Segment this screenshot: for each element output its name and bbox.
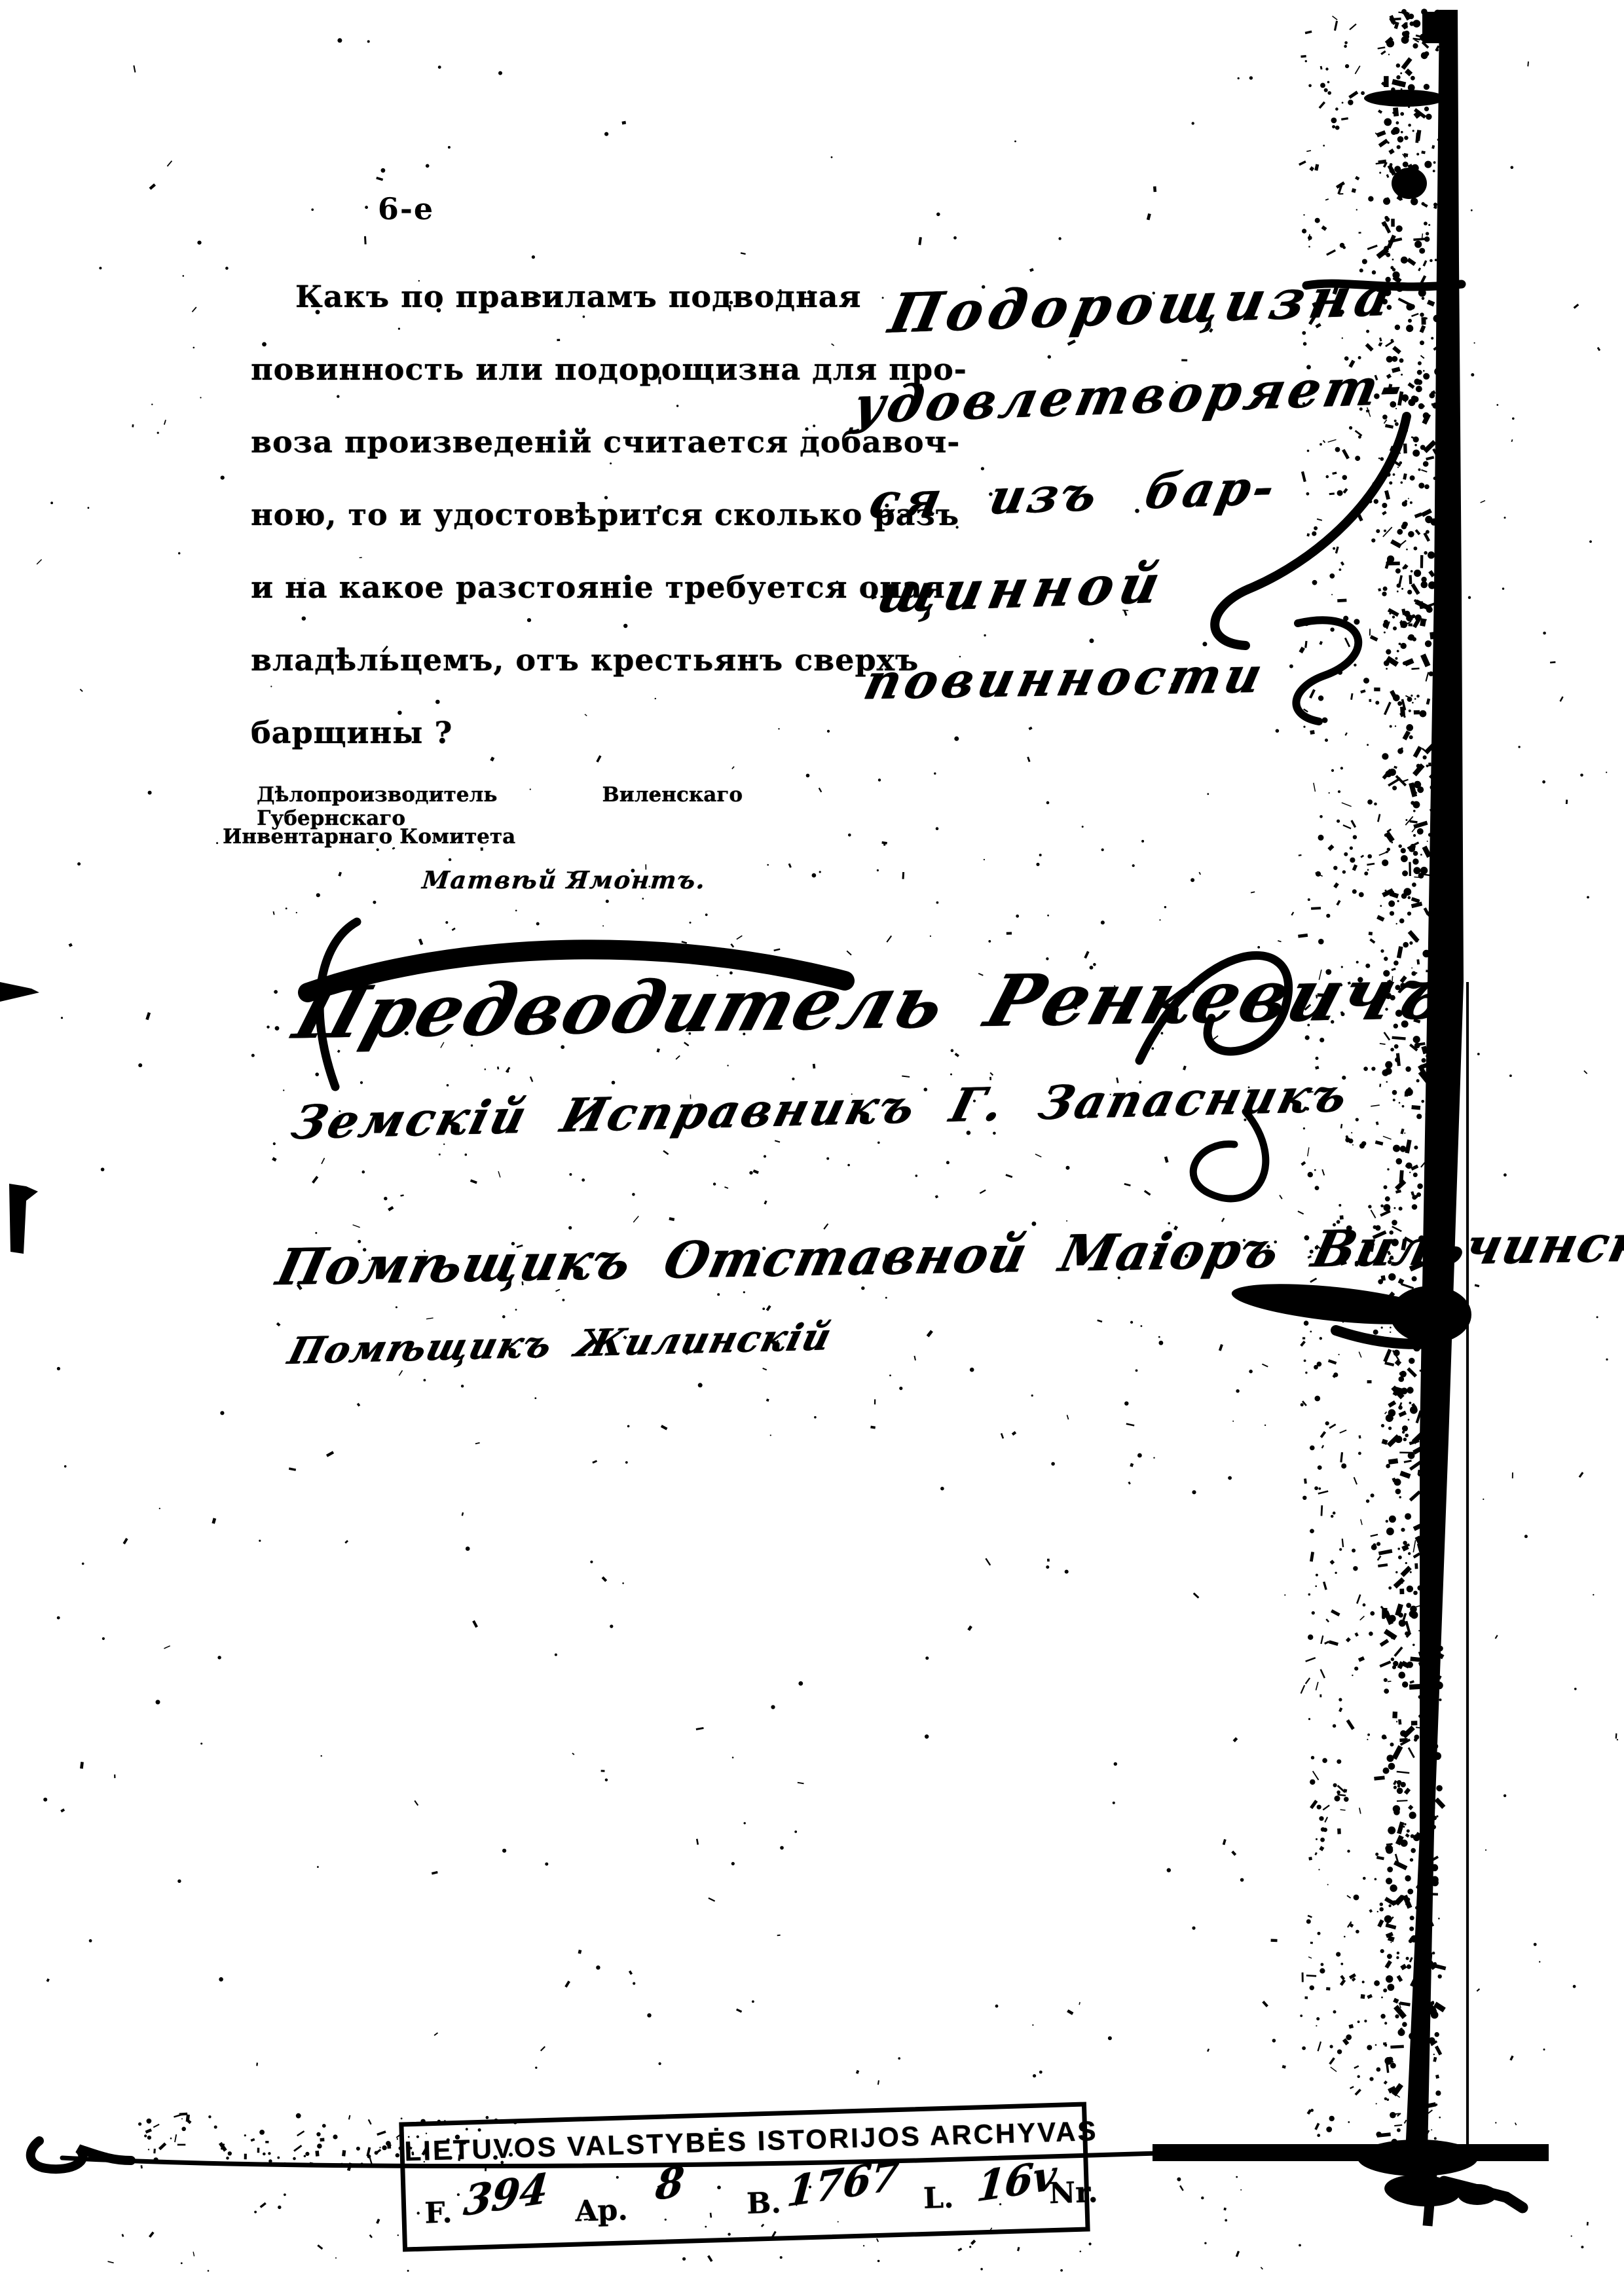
- paper-noise-layer: [0, 0, 1624, 2296]
- scanned-document-page: { "page_number": "6-е", "question": { "l…: [0, 0, 1624, 2296]
